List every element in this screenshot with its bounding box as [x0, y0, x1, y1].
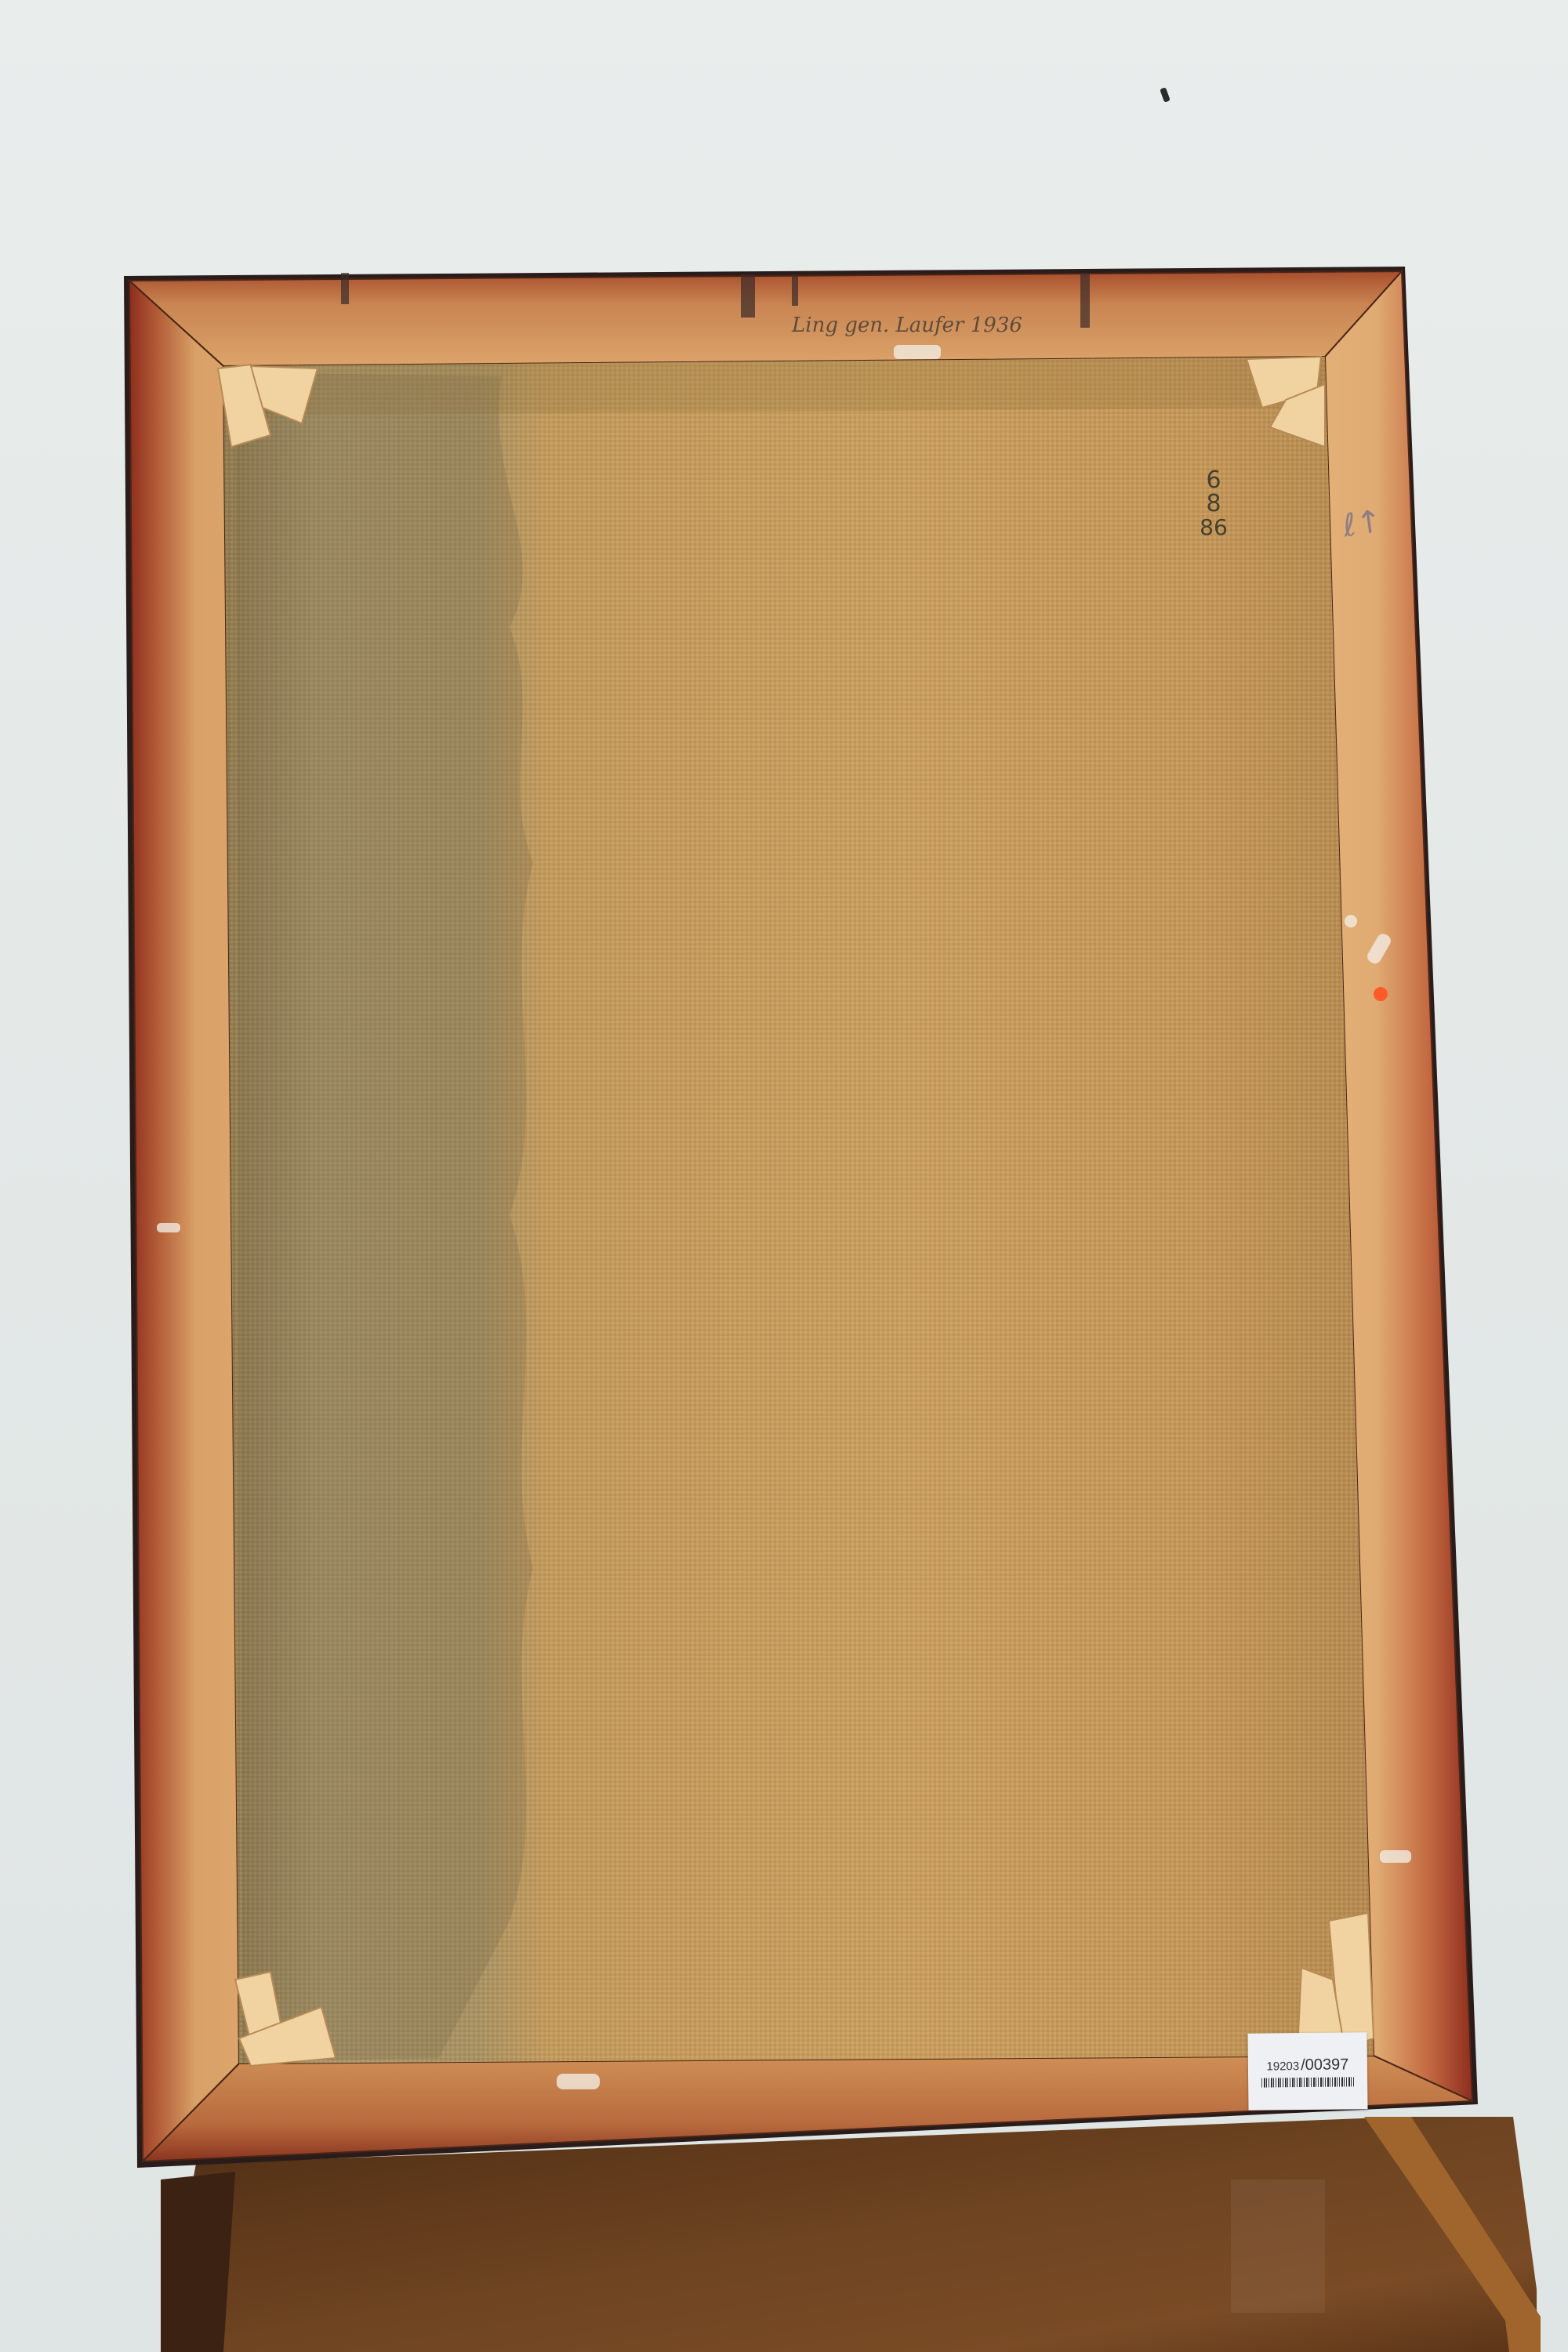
- inventory-number: 19203 /00397: [1266, 2056, 1348, 2074]
- barcode-icon: [1261, 2077, 1354, 2087]
- frame-and-canvas: [0, 0, 1568, 2352]
- frame-inscription: Ling gen. Laufer 1936: [792, 314, 1022, 337]
- pencil-mark: ℓ↑: [1341, 503, 1385, 545]
- canvas-stamp: 6 8 86: [1198, 469, 1229, 539]
- orange-dot-marker: [1374, 987, 1388, 1001]
- inventory-label: 19203 /00397: [1247, 2032, 1367, 2111]
- photo-scene: Ling gen. Laufer 1936 6 8 86 ℓ↑ 19203 /0…: [0, 0, 1568, 2352]
